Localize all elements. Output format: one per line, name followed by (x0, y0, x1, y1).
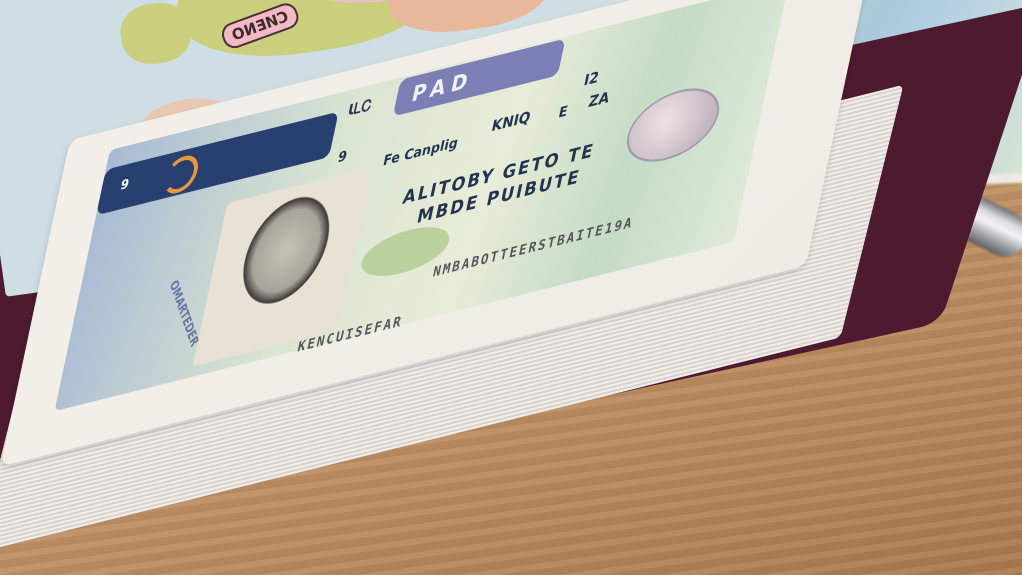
photo-scene: OИƎNƆ 9 PAD ꙆᏞᏟ 9 Fe Canplig KNIQ I2 ZA … (0, 0, 1022, 575)
